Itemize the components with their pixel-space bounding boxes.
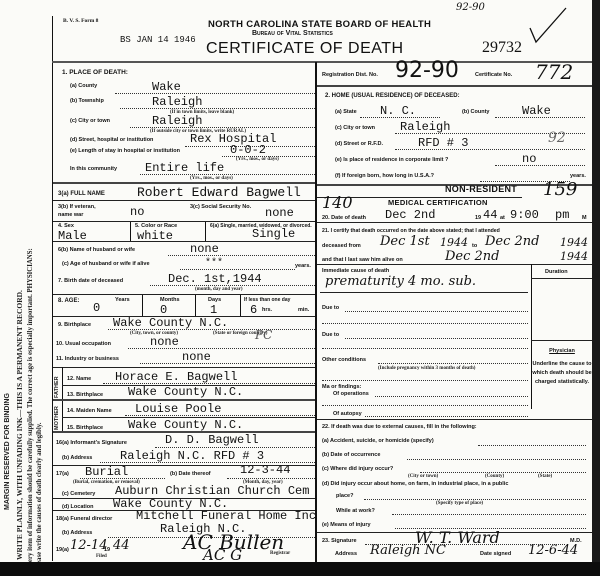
spouse-age-line (180, 269, 295, 270)
county-line (115, 93, 315, 94)
corporate-value: no (522, 152, 536, 166)
birth-date-label: 7. Birth date of deceased (58, 278, 123, 284)
stay-note: (Yrs., mos., or days) (236, 157, 279, 162)
filed-year-prefix: 19 (104, 547, 110, 553)
father-divider (53, 399, 315, 401)
director-addr-label: (b) Address (62, 530, 92, 536)
scan-edge-right (592, 0, 600, 576)
spouse-age-label: (c) Age of husband or wife if alive (62, 261, 150, 267)
cemetery-label: (c) Cemetery (62, 491, 95, 497)
due-to-1-label: Due to (322, 305, 339, 311)
home-city-value: Raleigh (400, 120, 450, 134)
stay-value: 0-0-2 (230, 143, 266, 157)
informant-addr-value: Raleigh N.C. RFD # 3 (120, 449, 264, 463)
birthplace-value: Wake County N.C. (113, 316, 228, 330)
filed-note: Filed (96, 554, 107, 559)
community-label: In this community (70, 166, 117, 172)
duration-column-line (531, 264, 532, 409)
foreign-label: (f) If foreign born, how long in U.S.A.? (335, 173, 434, 179)
home-state-label: (a) State (335, 109, 357, 115)
age-divider-3 (240, 295, 241, 316)
state-file-number: 29732 (482, 39, 522, 57)
father-name-value: Horace E. Bagwell (115, 370, 237, 384)
attended-from-label: deceased from (322, 243, 361, 249)
certificate-title: CERTIFICATE OF DEATH (206, 40, 404, 58)
community-note: (Yrs., mos., or days) (190, 176, 233, 181)
last-seen-year: 1944 (560, 250, 588, 263)
due-to-2-label: Due to (322, 332, 339, 338)
birth-date-value: Dec. 1st,1944 (168, 272, 262, 286)
external-c-note-county: (County) (485, 474, 504, 479)
column-divider (315, 62, 317, 562)
birth-date-note: (month, day and year) (195, 287, 243, 292)
birthplace-label: 9. Birthplace (58, 322, 91, 328)
m-label: M (582, 215, 587, 221)
form-number: B. V. S. Form 8 (63, 18, 98, 24)
medical-divider (317, 419, 592, 420)
cemetery-value: Auburn Christian Church Cem (115, 484, 309, 498)
corporate-label: (e) Is place of residence in corporate l… (335, 157, 448, 163)
received-stamp: BS JAN 14 1946 (120, 35, 196, 45)
age-hours-value: 6 (250, 303, 257, 317)
operations-line (375, 396, 528, 397)
physician-box-top (531, 340, 592, 341)
attended-from-value: Dec 1st (380, 234, 430, 249)
external-c-line (420, 472, 586, 473)
external-a-label: (a) Accident, suicide, or homicide (spec… (322, 438, 434, 444)
home-street-label: (d) Street or R.F.D. (335, 141, 383, 147)
age-months-value: 0 (160, 303, 167, 317)
mother-name-label: 14. Maiden Name (67, 408, 112, 414)
reg-dist-value: 92-90 (395, 58, 459, 83)
mother-birthplace-value: Wake County N.C. (128, 418, 243, 432)
margin-instruction-causes: Please write the causes of death clearly… (36, 423, 43, 570)
race-marital-divider (205, 222, 206, 241)
binding-margin: MARGIN RESERVED FOR BINDING WRITE PLAINL… (0, 40, 48, 560)
burial-date-value: 12-3-44 (240, 463, 290, 477)
due-to-1-line2 (322, 323, 528, 324)
death-year-value: 44 (483, 208, 497, 222)
home-state-value: N. C. (380, 104, 416, 118)
informant-sig-line (155, 447, 315, 448)
spouse-value: none (190, 242, 219, 256)
stay-label: (e) Length of stay in hospital or instit… (70, 148, 180, 154)
age-divider-2 (195, 295, 196, 316)
mother-side-label: MOTHER (54, 406, 60, 430)
autopsy-line (365, 416, 528, 417)
external-d-place-label: place? (336, 493, 353, 499)
registrar-label: Registrar (270, 551, 290, 556)
home-county-label: (b) County (462, 109, 490, 115)
death-ampm-value: pm (555, 208, 569, 222)
city-label: (c) City or town (70, 118, 110, 124)
veteran-label: 3(b) If veteran, name war (58, 203, 108, 219)
header-divider (52, 61, 592, 63)
date-signed-value: 12-6-44 (528, 543, 578, 558)
while-at-work-label: While at work? (336, 508, 375, 514)
operations-label: Of operations (333, 391, 369, 397)
physician-address-value: Raleigh NC (370, 543, 446, 558)
industry-divider (53, 367, 315, 368)
informant-addr-label: (b) Address (62, 455, 92, 461)
physician-note: Underline the cause to which death shoul… (532, 360, 592, 387)
margin-binding-text: MARGIN RESERVED FOR BINDING (4, 393, 11, 510)
signature-label: 23. Signature (322, 538, 357, 544)
sex-divider (53, 241, 315, 242)
street-label: (d) Street, hospital or institution (70, 137, 153, 143)
cause-value: prematurity 4 mo. sub. (325, 274, 476, 289)
spouse-label: 6(b) Name of husband or wife (58, 247, 135, 253)
due-to-2-line2 (322, 348, 528, 349)
township-line (120, 108, 315, 109)
death-date-value: Dec 2nd (385, 208, 435, 222)
ssn-value: none (265, 206, 294, 220)
father-name-label: 12. Name (67, 376, 91, 382)
death-county-value: Wake (152, 80, 181, 94)
township-label: (b) Township (70, 98, 104, 104)
duration-label: Duration (545, 269, 568, 275)
full-name-value: Robert Edward Bagwell (137, 185, 301, 200)
physician-heading: Physician (532, 347, 592, 356)
birth-divider (53, 294, 315, 295)
due-to-2-line (345, 338, 528, 339)
occupation-value: none (150, 335, 179, 349)
external-b-line (407, 459, 586, 460)
burial-type-label: 17(a) (56, 471, 69, 477)
informant-sig-label: 16(a) Informant's Signature (56, 440, 127, 446)
father-side-label: FATHER (54, 376, 60, 398)
other-conditions-line2 (322, 380, 528, 381)
corner-mark: 140 (322, 193, 353, 212)
attended-from-year: 1944 (440, 236, 468, 249)
external-d-note: (Specify type of place) (436, 501, 483, 506)
name-divider (53, 200, 315, 201)
bureau-name: Bureau of Vital Statistics (252, 30, 333, 37)
full-name-label: 3(a) FULL NAME (58, 191, 105, 197)
filed-date-value: 12-14 (70, 538, 107, 553)
death-date-label: 20. Date of death (322, 215, 366, 221)
non-resident-mark: 159 (543, 179, 577, 200)
external-a-line (478, 445, 586, 446)
filed-year-value: 44 (113, 538, 130, 553)
attended-to-year: 1944 (560, 236, 588, 249)
hrs-label: hrs. (262, 307, 272, 313)
veteran-divider (53, 221, 315, 222)
board-name: NORTH CAROLINA STATE BOARD OF HEALTH (208, 19, 431, 30)
father-birthplace-value: Wake County N.C. (128, 385, 243, 399)
cert-no-value: 772 (535, 60, 573, 84)
external-c-note-state: (State) (538, 474, 552, 479)
operations-line2 (322, 405, 528, 406)
other-conditions-note: (Include pregnancy within 3 months of de… (378, 366, 475, 371)
home-county-value: Wake (522, 104, 551, 118)
other-conditions-label: Other conditions (322, 357, 366, 363)
external-d-label: (d) Did injury occur about home, on farm… (322, 481, 508, 487)
home-margin-mark: 92 (548, 130, 566, 146)
home-street-value: RFD # 3 (418, 136, 468, 150)
physician-address-label: Address (335, 551, 357, 557)
place-of-death-heading: 1. PLACE OF DEATH: (62, 69, 128, 76)
ssn-label: 3(c) Social Security No. (190, 203, 255, 211)
cert-no-label: Certificate No. (475, 72, 512, 78)
due-to-1-line (345, 311, 528, 312)
age-divider-1 (142, 295, 143, 316)
death-certificate: MARGIN RESERVED FOR BINDING WRITE PLAINL… (0, 0, 600, 576)
informant-sig-value: D. D. Bagwell (165, 433, 259, 447)
occupation-label: 10. Usual occupation (56, 341, 111, 347)
filing-label: 19(a) (56, 547, 69, 553)
external-d-line (364, 499, 586, 500)
autopsy-label: Of autopsy (333, 411, 362, 417)
reg-dist-label: Registration Dist. No. (322, 72, 378, 78)
death-time-value: 9:00 (510, 208, 539, 222)
industry-line (140, 363, 315, 364)
mother-name-value: Louise Poole (135, 402, 221, 416)
death-year-prefix: 19 (475, 215, 481, 221)
death-city-value: Raleigh (152, 114, 202, 128)
burial-type-value: Burial (85, 465, 128, 479)
death-date-divider (317, 222, 592, 223)
attended-to-value: Dec 2nd (485, 234, 540, 249)
margin-instruction-ink: WRITE PLAINLY, WITH UNFADING INK—THIS IS… (15, 290, 24, 560)
marital-value: Single (252, 227, 295, 241)
burial-date-line (227, 478, 315, 479)
age-years-value: 0 (93, 301, 100, 315)
external-heading: 22. If death was due to external causes,… (322, 424, 477, 430)
last-seen-label: and that I last saw him alive on (322, 257, 403, 263)
funeral-director-label: 18(a) Funeral director (56, 516, 112, 522)
community-value: Entire life (145, 161, 224, 175)
spouse-age-unit: years. (295, 263, 311, 269)
margin-instruction-items: Every item of information should be care… (27, 248, 34, 570)
non-resident-label: NON-RESIDENT (445, 184, 517, 194)
industry-label: 11. Industry or business (56, 356, 119, 362)
last-seen-value: Dec 2nd (445, 249, 500, 264)
home-heading: 2. HOME (USUAL RESIDENCE) OF DECEASED: (325, 93, 460, 99)
age-label: 8. AGE: (58, 298, 79, 304)
date-signed-label: Date signed (480, 551, 511, 557)
external-e-label: (e) Means of injury (322, 522, 371, 528)
spouse-age-value: *** (205, 258, 223, 269)
death-township-value: Raleigh (152, 95, 202, 109)
cause-line (320, 292, 528, 293)
findings-label: Ma or findings: (322, 384, 361, 390)
age-days-value: 1 (210, 303, 217, 317)
while-at-work-line (392, 514, 586, 515)
min-label: min. (298, 307, 309, 313)
pc-initials-mark: PC (255, 328, 272, 342)
reg-divider (317, 85, 592, 87)
handwritten-top-number: 92-90 (456, 2, 485, 13)
checkmark-icon (528, 6, 568, 46)
industry-value: none (182, 350, 211, 364)
sex-race-divider (130, 222, 131, 241)
other-conditions-line (378, 363, 528, 364)
last-seen-divider (317, 264, 592, 265)
county-label: (a) County (70, 83, 97, 89)
external-c-note-city: (City or town) (408, 474, 438, 479)
scan-edge-bottom (0, 562, 600, 576)
external-c-label: (c) Where did injury occur? (322, 466, 393, 472)
duration-header-line (531, 278, 592, 279)
home-city-label: (c) City or town (335, 125, 375, 131)
age-years-label: Years (115, 297, 130, 303)
at-label: at (500, 215, 505, 221)
burial-date-label: (b) Date thereof (170, 471, 211, 477)
section1-divider (53, 182, 315, 184)
corporate-line (495, 165, 585, 166)
external-b-label: (b) Date of occurrence (322, 452, 380, 458)
veteran-value: no (130, 205, 144, 219)
medical-cert-heading: MEDICAL CERTIFICATION (388, 198, 488, 207)
father-birthplace-label: 13. Birthplace (67, 392, 103, 398)
funeral-director-value: Mitchell Funeral Home Inc (136, 509, 316, 523)
frame-left-line (52, 16, 53, 561)
